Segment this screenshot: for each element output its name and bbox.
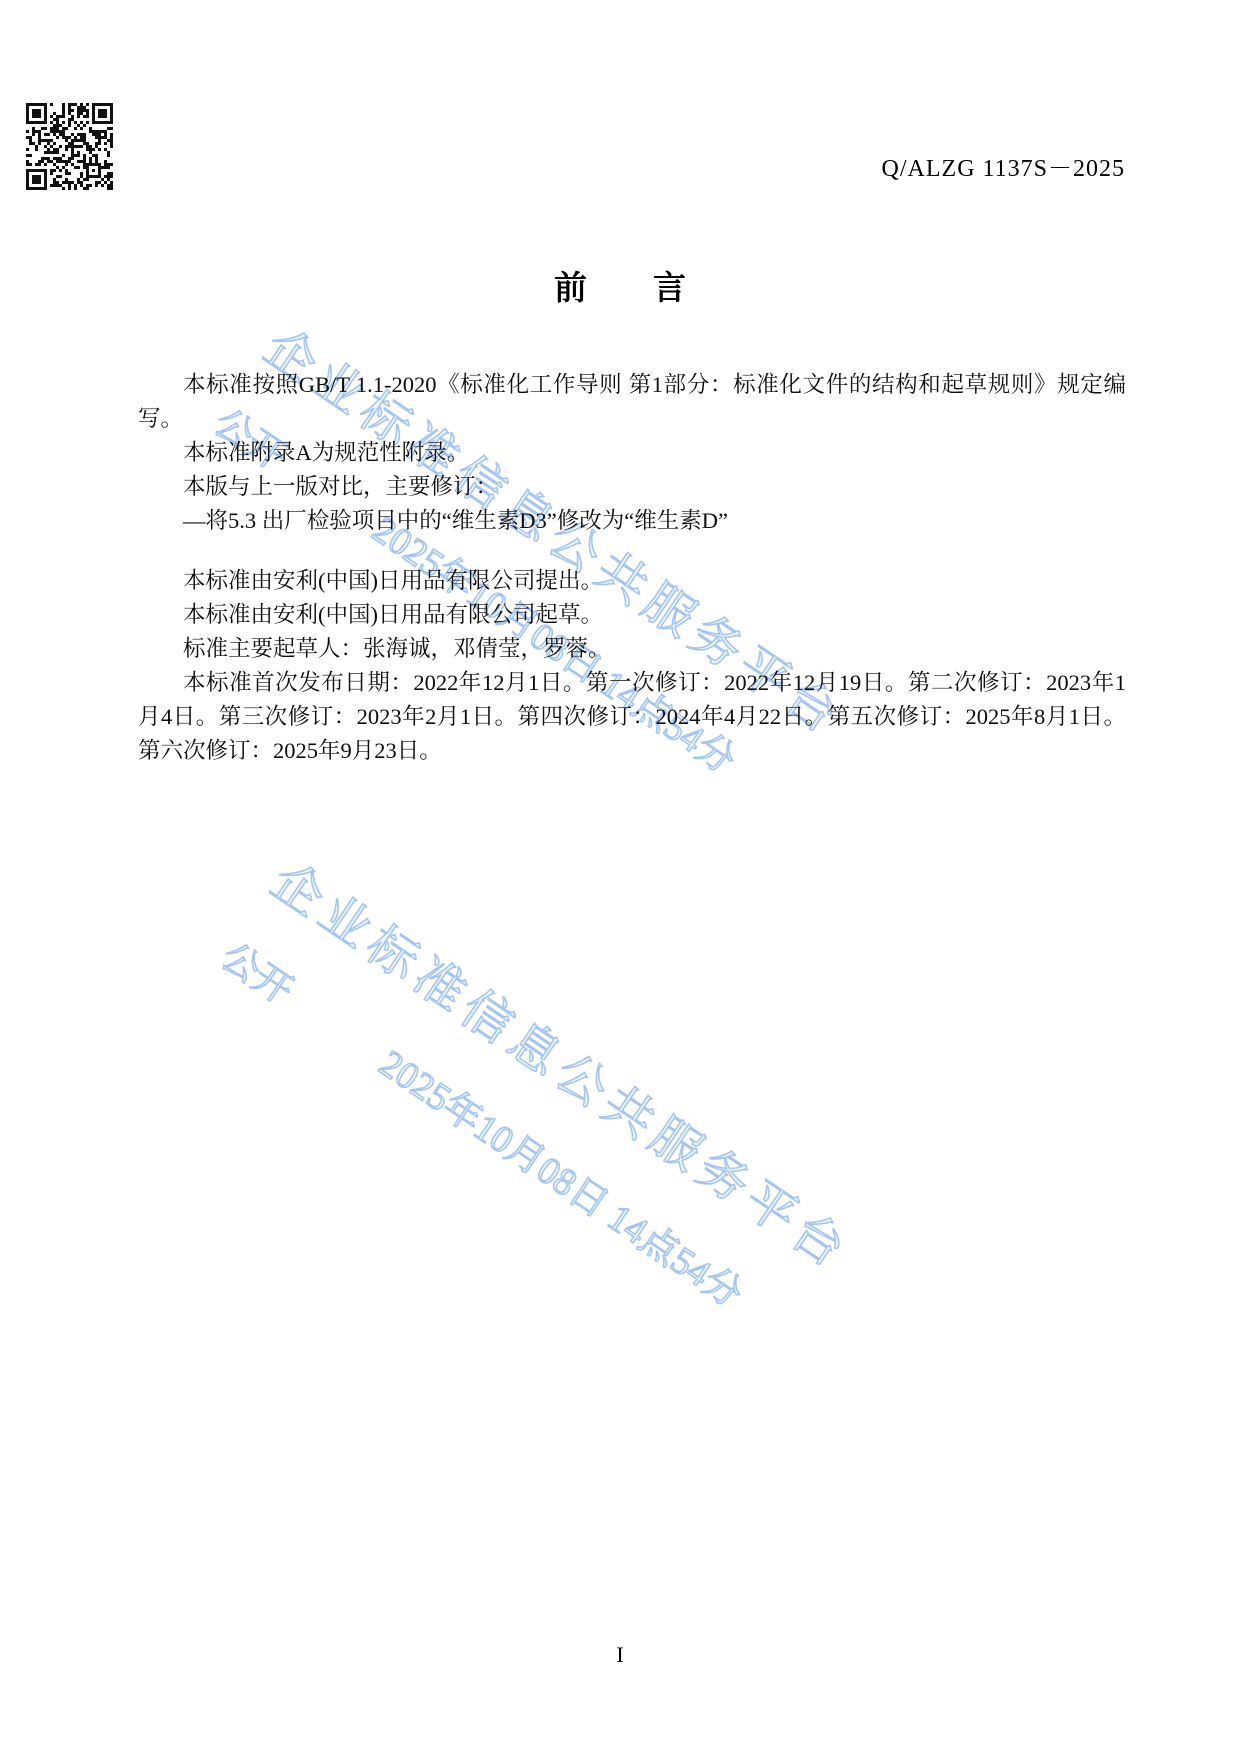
foreword-paragraph: —将5.3 出厂检验项目中的“维生素D3”修改为“维生素D” (138, 504, 1126, 538)
foreword-paragraph: 本标准按照GB/T 1.1-2020《标准化工作导则 第1部分：标准化文件的结构… (138, 368, 1126, 436)
watermark-lower: 企业标准信息公共服务平台 公开 2025年10月08日 14点54分 (212, 842, 867, 1355)
foreword-paragraph: 本标准由安利(中国)日用品有限公司起草。 (138, 598, 1126, 632)
foreword-body: 本标准按照GB/T 1.1-2020《标准化工作导则 第1部分：标准化文件的结构… (138, 368, 1126, 768)
foreword-paragraph: 本标准附录A为规范性附录。 (138, 436, 1126, 470)
foreword-paragraph: 本标准首次发布日期：2022年12月1日。第一次修订：2022年12月19日。第… (138, 666, 1126, 768)
watermark-datetime: 2025年10月08日 14点54分 (371, 1033, 756, 1318)
watermark-open-label: 公开 (212, 927, 306, 1015)
page-number: I (0, 1642, 1240, 1668)
foreword-paragraph: 本版与上一版对比，主要修订： (138, 470, 1126, 504)
page-title: 前 言 (0, 262, 1240, 309)
watermark-platform-text: 企业标准信息公共服务平台 (260, 842, 867, 1284)
foreword-paragraph: 本标准由安利(中国)日用品有限公司提出。 (138, 564, 1126, 598)
qr-code-icon (26, 103, 114, 191)
foreword-paragraph: 标准主要起草人：张海诚，邓倩莹，罗蓉。 (138, 632, 1126, 666)
document-page: Q/ALZG 1137S－2025 前 言 企业标准信息公共服务平台 公开 20… (0, 0, 1240, 1753)
standard-number: Q/ALZG 1137S－2025 (882, 148, 1125, 183)
